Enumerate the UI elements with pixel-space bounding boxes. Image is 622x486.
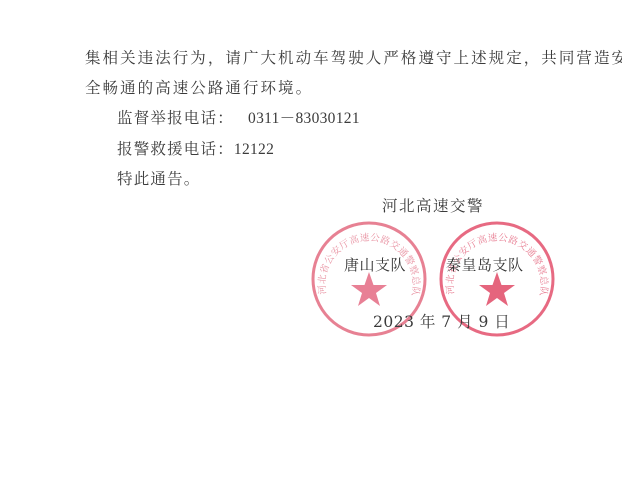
supervision-hotline-label: 监督举报电话： bbox=[117, 109, 234, 127]
issue-date: 2023 年 7 月 9 日 bbox=[373, 312, 510, 332]
seal-label-qinhuangdao: 秦皇岛支队 bbox=[446, 254, 524, 275]
emergency-hotline: 报警救援电话：12122 bbox=[117, 139, 274, 160]
supervision-hotline-number: 0311－83030121 bbox=[248, 110, 360, 127]
seal-label-tangshan: 唐山支队 bbox=[344, 254, 406, 275]
body-text-line-2: 全畅通的高速公路通行环境。 bbox=[85, 78, 313, 98]
emergency-hotline-label: 报警救援电话： bbox=[117, 140, 234, 158]
body-text-line-1: 集相关违法行为，请广大机动车驾驶人严格遵守上述规定，共同营造安 bbox=[85, 48, 622, 68]
closing-text: 特此通告。 bbox=[117, 169, 201, 189]
issuer-name: 河北高速交警 bbox=[382, 196, 484, 216]
supervision-hotline: 监督举报电话： 0311－83030121 bbox=[117, 108, 360, 129]
emergency-hotline-number: 12122 bbox=[234, 141, 274, 158]
